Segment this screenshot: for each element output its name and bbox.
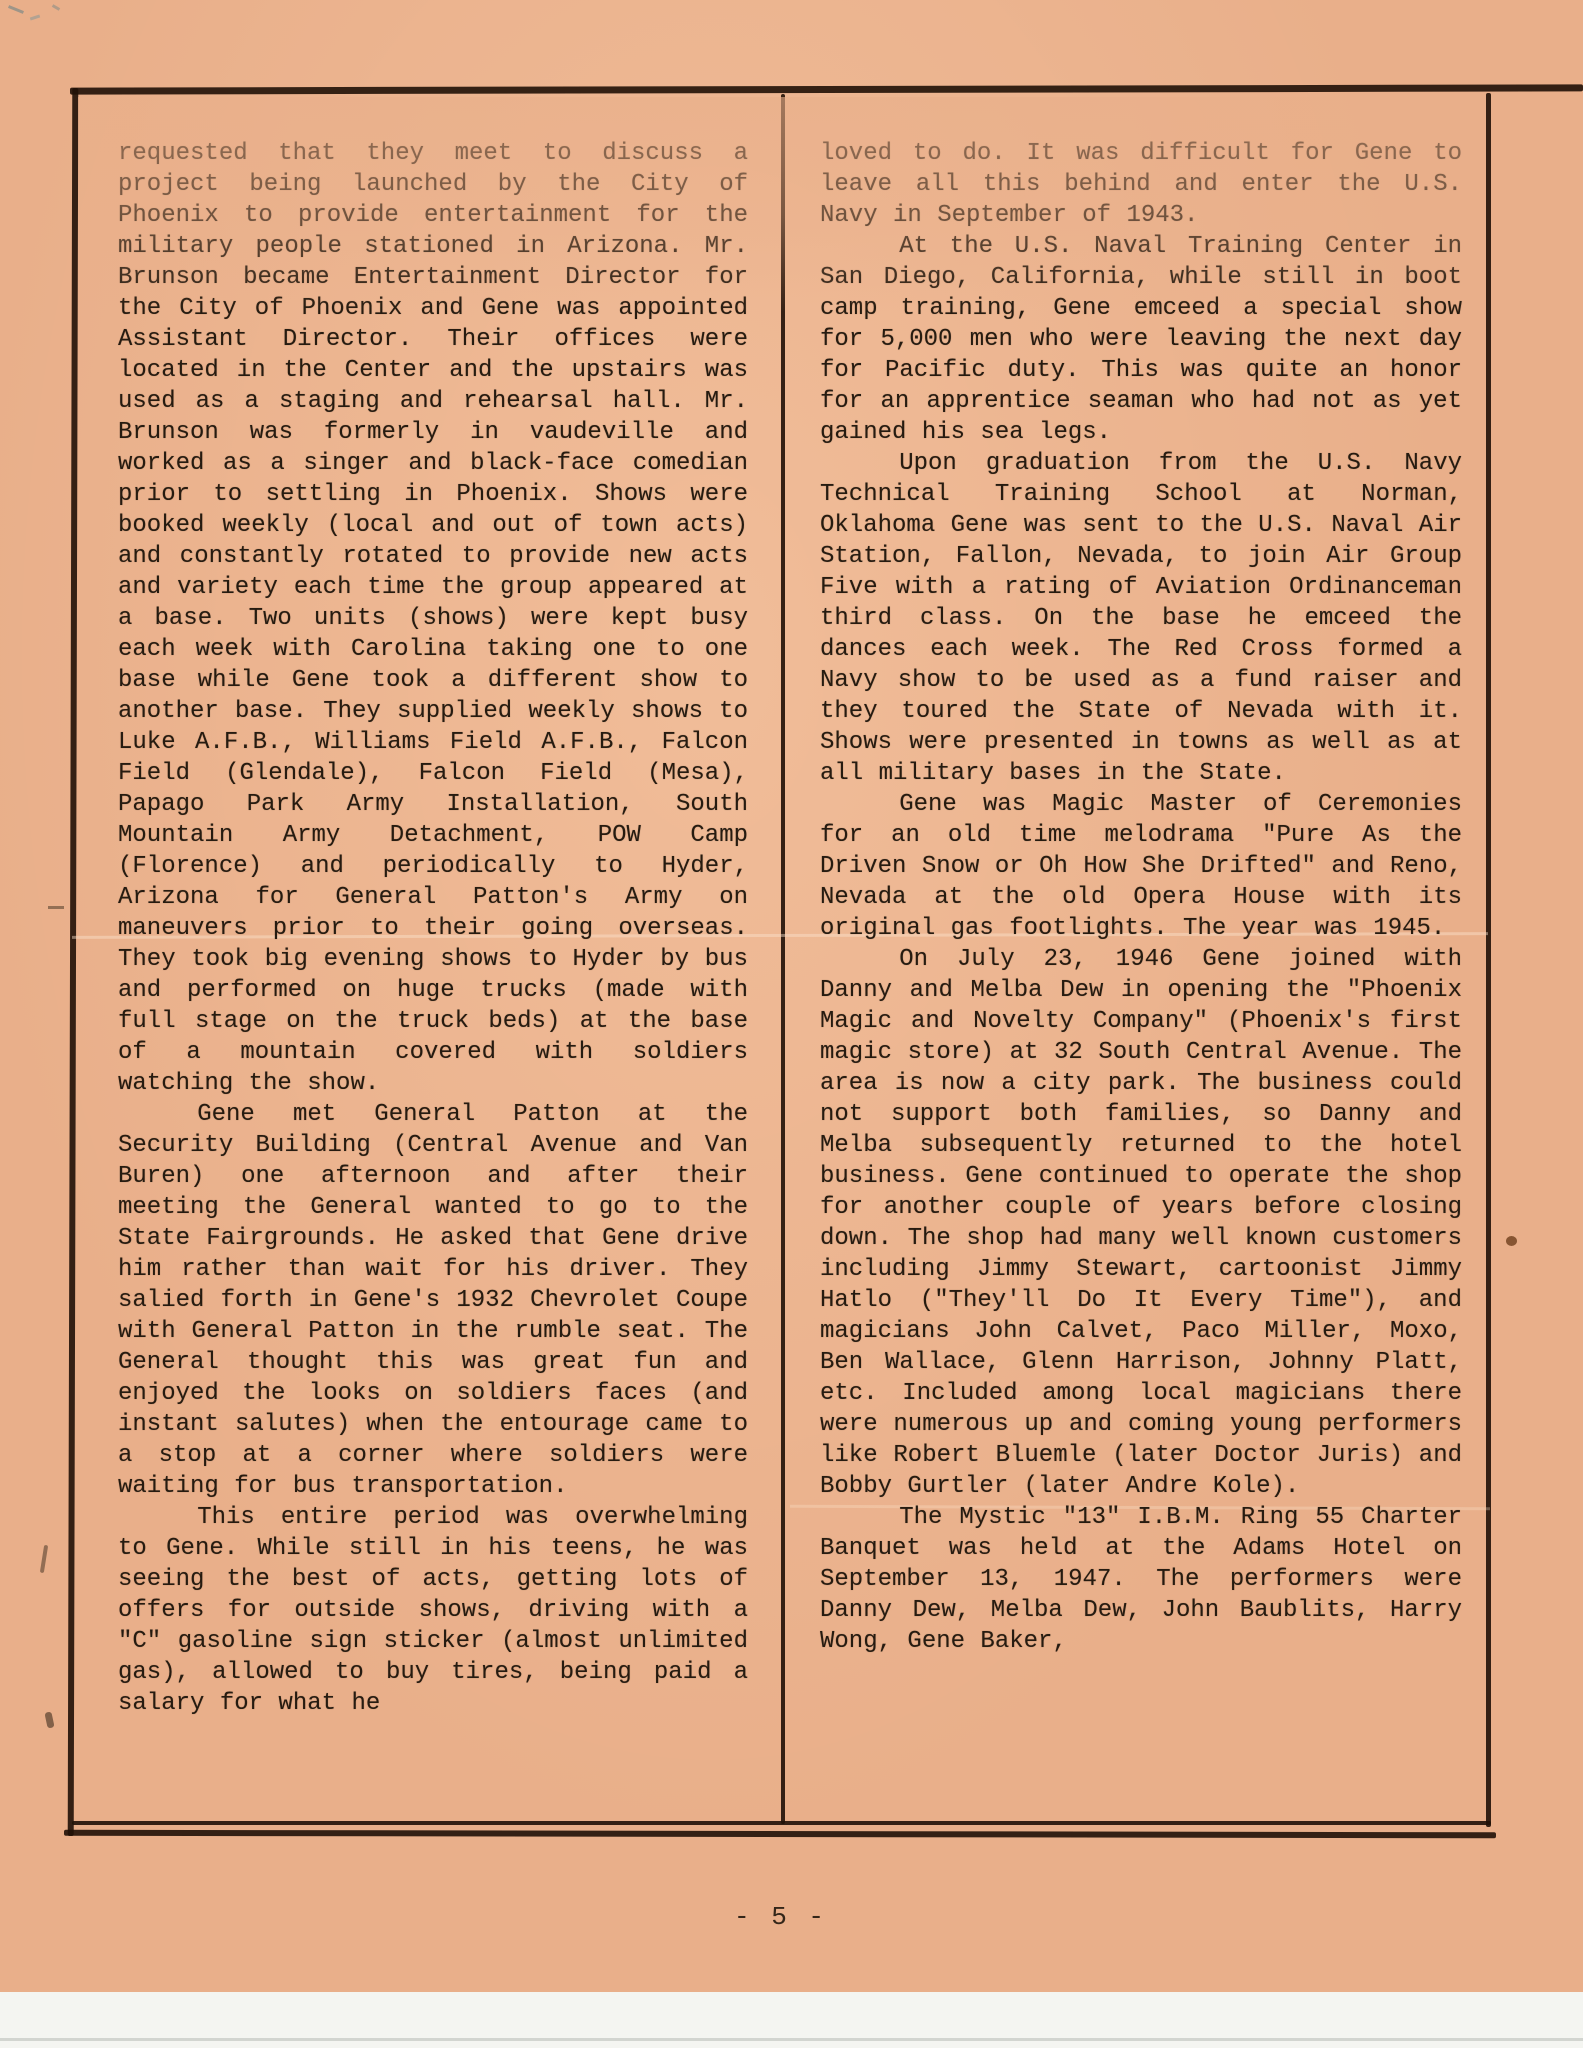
column-divider-rule <box>781 94 785 1824</box>
paragraph: On July 23, 1946 Gene joined with Danny … <box>820 944 1462 1502</box>
scanned-newsletter-page: requested that they meet to discuss a pr… <box>0 0 1583 2048</box>
scanner-bed-edge <box>0 1992 1583 2048</box>
paragraph: loved to do. It was difficult for Gene t… <box>820 138 1462 231</box>
paragraph: requested that they meet to discuss a pr… <box>118 138 748 1099</box>
paragraph: The Mystic "13" I.B.M. Ring 55 Charter B… <box>820 1502 1462 1657</box>
paragraph: At the U.S. Naval Training Center in San… <box>820 231 1462 448</box>
left-text-column: requested that they meet to discuss a pr… <box>118 138 748 1719</box>
scanner-edge-line <box>0 2038 1583 2041</box>
paragraph: This entire period was overwhelming to G… <box>118 1502 748 1719</box>
paragraph: Gene met General Patton at the Security … <box>118 1099 748 1502</box>
paragraph: Upon graduation from the U.S. Navy Techn… <box>820 448 1462 789</box>
page-number: - 5 - <box>70 1902 1491 1932</box>
right-text-column: loved to do. It was difficult for Gene t… <box>820 138 1462 1657</box>
frame-bottom-rule-inner <box>72 1821 1491 1825</box>
paragraph: Gene was Magic Master of Ceremonies for … <box>820 789 1462 944</box>
frame-right-rule <box>1486 93 1491 1827</box>
